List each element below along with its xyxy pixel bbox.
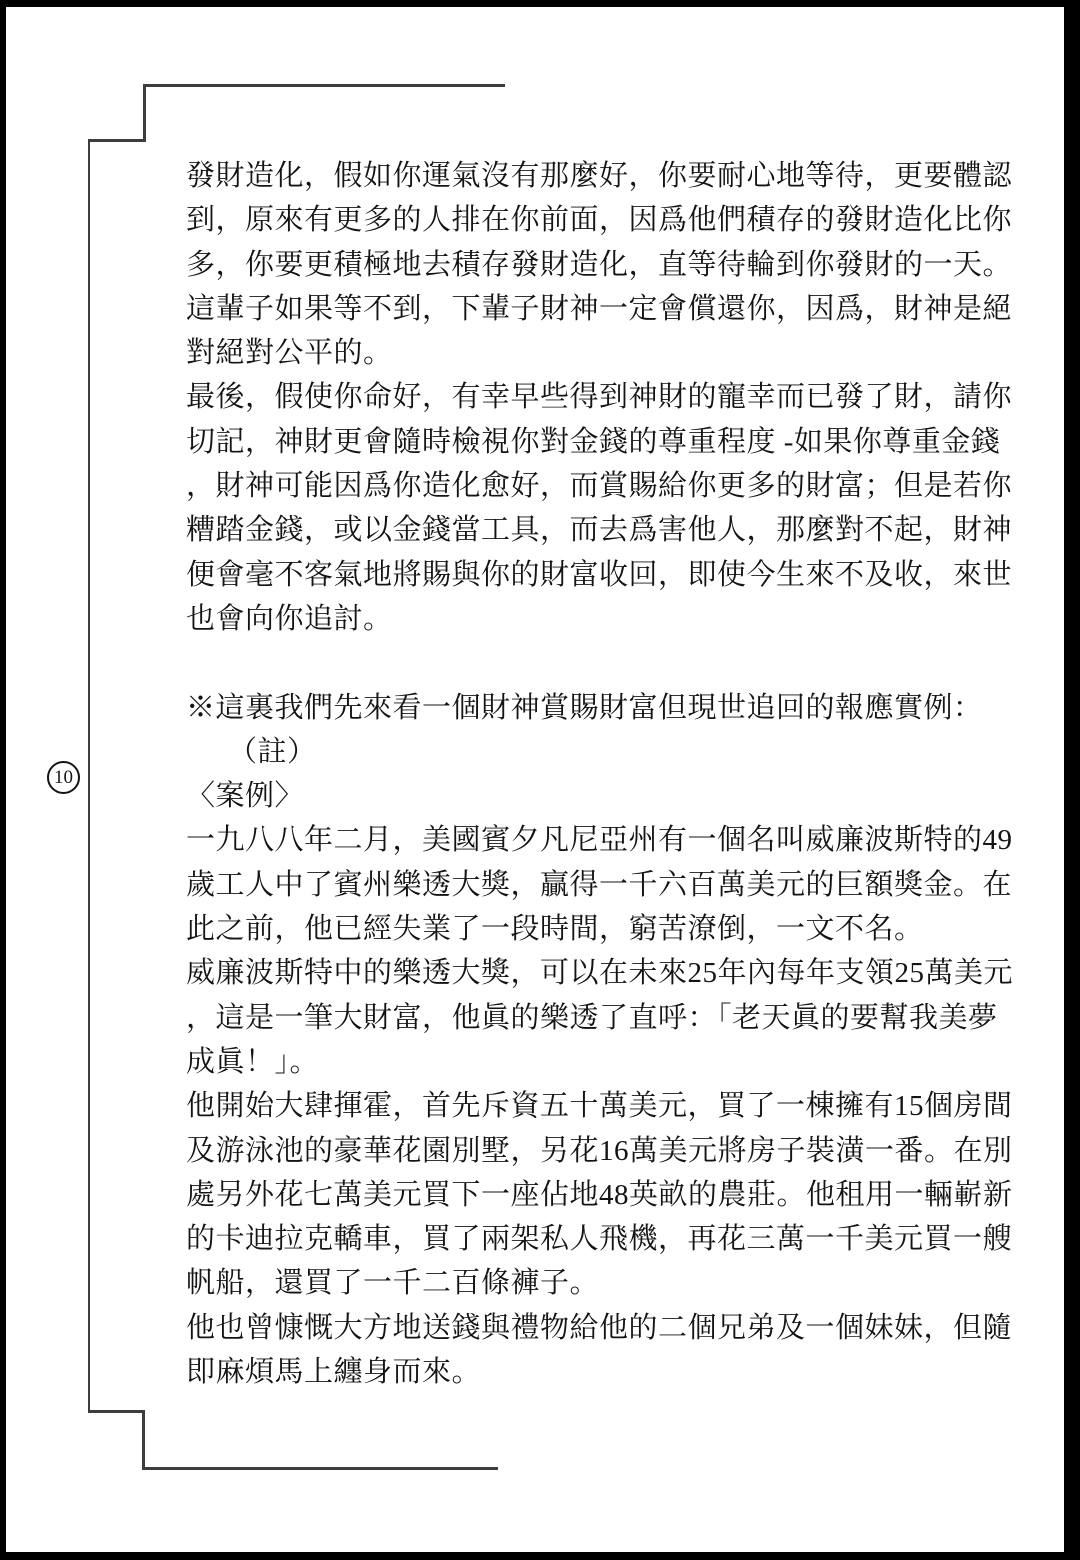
text-line: 他開始大肆揮霍，首先斥資五十萬美元，買了一棟擁有15個房間 bbox=[186, 1084, 1026, 1128]
scan-border-bottom bbox=[0, 1552, 1080, 1560]
text-line: ，財神可能因爲你造化愈好，而賞賜給你更多的財富；但是若你 bbox=[186, 464, 1026, 508]
text-line: 發財造化，假如你運氣沒有那麼好，你要耐心地等待，更要體認 bbox=[186, 154, 1026, 198]
text-line: 對絕對公平的。 bbox=[186, 331, 1026, 375]
blank-line bbox=[186, 641, 1026, 685]
text-line: 切記，神財更會隨時檢視你對金錢的尊重程度 -如果你尊重金錢 bbox=[186, 420, 1026, 464]
text-block: 發財造化，假如你運氣沒有那麼好，你要耐心地等待，更要體認到，原來有更多的人排在你… bbox=[186, 154, 1026, 1394]
page-edge-line-bottom-step-horizontal bbox=[88, 1410, 145, 1413]
text-line: 便會毫不客氣地將賜與你的財富收回，即使今生來不及收，來世 bbox=[186, 553, 1026, 597]
text-line: 威廉波斯特中的樂透大獎，可以在未來25年內每年支領25萬美元 bbox=[186, 951, 1026, 995]
text-line: 及游泳池的豪華花園別墅，另花16萬美元將房子裝潢一番。在別 bbox=[186, 1129, 1026, 1173]
text-line: 成眞！」。 bbox=[186, 1040, 1026, 1084]
page-number-badge: 10 bbox=[47, 761, 80, 794]
page-edge-line-top-step-horizontal bbox=[88, 139, 146, 142]
page-edge-line-bottom bbox=[142, 1467, 498, 1470]
text-line: 帆船，還買了一千二百條褲子。 bbox=[186, 1261, 1026, 1305]
text-line: 即麻煩馬上纏身而來。 bbox=[186, 1350, 1026, 1394]
text-line: ※這裏我們先來看一個財神賞賜財富但現世追回的報應實例： bbox=[186, 686, 1026, 730]
scanned-page: 10 發財造化，假如你運氣沒有那麼好，你要耐心地等待，更要體認到，原來有更多的人… bbox=[0, 0, 1080, 1560]
text-line: 處另外花七萬美元買下一座佔地48英畝的農莊。他租用一輛嶄新 bbox=[186, 1173, 1026, 1217]
text-line: 這輩子如果等不到，下輩子財神一定會償還你，因爲，財神是絕 bbox=[186, 287, 1026, 331]
text-line: 歲工人中了賓州樂透大獎，贏得一千六百萬美元的巨額獎金。在 bbox=[186, 863, 1026, 907]
scan-border-top bbox=[0, 0, 1080, 7]
text-line: 糟踏金錢，或以金錢當工具，而去爲害他人，那麼對不起，財神 bbox=[186, 508, 1026, 552]
text-line: 的卡迪拉克轎車，買了兩架私人飛機，再花三萬一千美元買一艘 bbox=[186, 1217, 1026, 1261]
text-line: 此之前，他已經失業了一段時間，窮苦潦倒，一文不名。 bbox=[186, 907, 1026, 951]
page-edge-line-top-step-vertical bbox=[143, 84, 146, 142]
text-line: ，這是一筆大財富，他眞的樂透了直呼：「老天眞的要幫我美夢 bbox=[186, 996, 1026, 1040]
page-edge-line-top bbox=[144, 84, 505, 87]
text-line: 也會向你追討。 bbox=[186, 597, 1026, 641]
text-line: 多，你要更積極地去積存發財造化，直等待輪到你發財的一天。 bbox=[186, 243, 1026, 287]
text-line: 他也曾慷慨大方地送錢與禮物給他的二個兄弟及一個妹妹，但隨 bbox=[186, 1306, 1026, 1350]
text-line: 〈案例〉 bbox=[186, 774, 1026, 818]
page-edge-line-bottom-step-vertical bbox=[142, 1410, 145, 1470]
text-line: 最後，假使你命好，有幸早些得到神財的寵幸而已發了財，請你 bbox=[186, 375, 1026, 419]
scan-border-left bbox=[0, 0, 6, 1560]
page-edge-line-left bbox=[88, 139, 90, 1413]
text-line: （註） bbox=[186, 730, 1026, 774]
scan-border-right bbox=[1064, 0, 1080, 1560]
text-line: 到，原來有更多的人排在你前面，因爲他們積存的發財造化比你 bbox=[186, 198, 1026, 242]
text-line: 一九八八年二月，美國賓夕凡尼亞州有一個名叫威廉波斯特的49 bbox=[186, 818, 1026, 862]
